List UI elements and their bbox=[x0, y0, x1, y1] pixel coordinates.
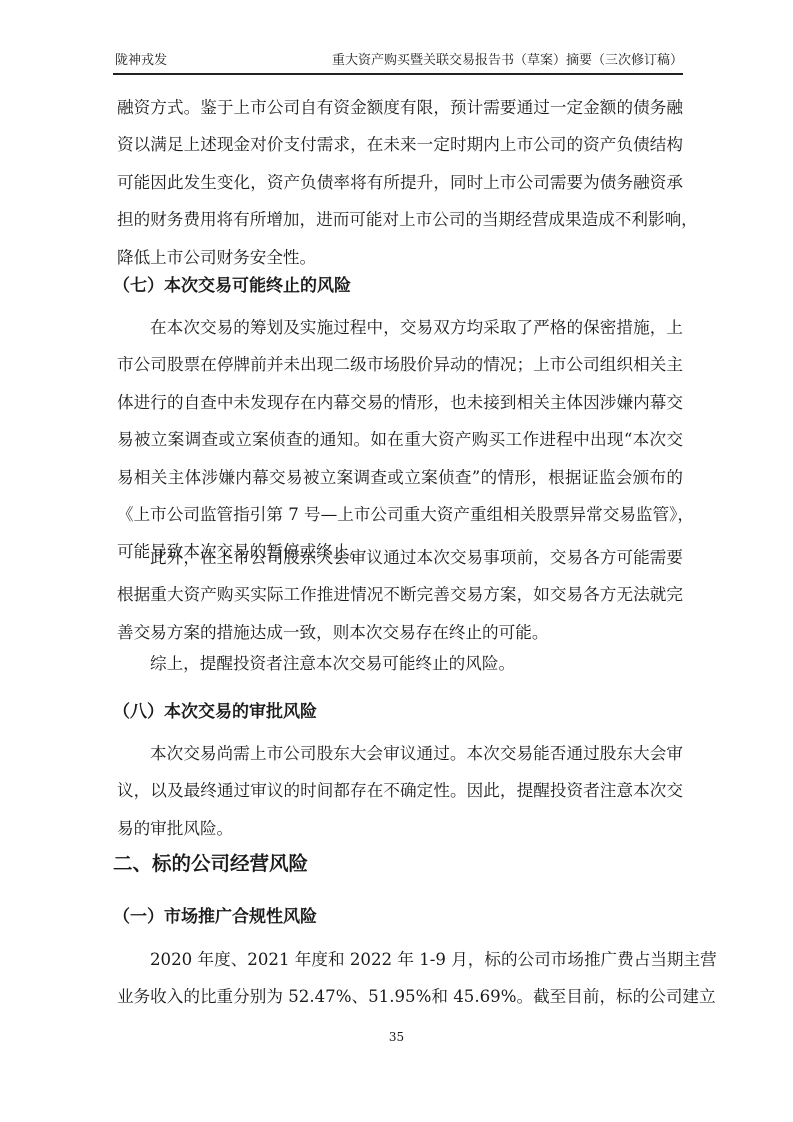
text-line: 体进行的自查中未发现存在内幕交易的情形，也未接到相关主体因涉嫌内幕交 bbox=[117, 384, 683, 421]
heading-text: 二、标的公司经营风险 bbox=[113, 850, 679, 878]
heading-text: （一）市场推广合规性风险 bbox=[113, 905, 679, 929]
paragraph-termination-summary: 综上，提醒投资者注意本次交易可能终止的风险。 bbox=[117, 645, 683, 682]
text-line: 议，以及最终通过审议的时间都存在不确定性。因此，提醒投资者注意本次交 bbox=[117, 772, 683, 809]
page-number: 35 bbox=[0, 1030, 793, 1044]
paragraph-financing: 融资方式。鉴于上市公司自有资金额度有限，预计需要通过一定金额的债务融 资以满足上… bbox=[117, 89, 683, 276]
heading-text: （八）本次交易的审批风险 bbox=[113, 700, 679, 724]
text-line: 本次交易尚需上市公司股东大会审议通过。本次交易能否通过股东大会审 bbox=[117, 735, 683, 772]
text-line: 根据重大资产购买实际工作推进情况不断完善交易方案，如交易各方无法就完 bbox=[117, 576, 683, 613]
text-line: 综上，提醒投资者注意本次交易可能终止的风险。 bbox=[117, 645, 683, 682]
text-line: 降低上市公司财务安全性。 bbox=[117, 239, 683, 276]
text-line: 易的审批风险。 bbox=[117, 810, 683, 847]
paragraph-termination-1: 在本次交易的筹划及实施过程中，交易双方均采取了严格的保密措施，上 市公司股票在停… bbox=[117, 309, 683, 571]
paragraph-approval: 本次交易尚需上市公司股东大会审议通过。本次交易能否通过股东大会审 议，以及最终通… bbox=[117, 735, 683, 847]
text-line: 可能因此发生变化，资产负债率将有所提升，同时上市公司需要为债务融资承 bbox=[117, 164, 683, 201]
text-line: 融资方式。鉴于上市公司自有资金额度有限，预计需要通过一定金额的债务融 bbox=[117, 89, 683, 126]
paragraph-marketing-expenses: 2020 年度、2021 年度和 2022 年 1-9 月，标的公司市场推广费占… bbox=[117, 941, 683, 1016]
text-line: 易相关主体涉嫌内幕交易被立案调查或立案侦查”的情形，根据证监会颁布的 bbox=[117, 459, 683, 496]
header-company-name: 陇神戎发 bbox=[115, 51, 167, 71]
chapter-heading-operating-risk: 二、标的公司经营风险 bbox=[113, 850, 679, 878]
header-document-title: 重大资产购买暨关联交易报告书（草案）摘要（三次修订稿） bbox=[332, 51, 683, 71]
text-line: 市公司股票在停牌前并未出现二级市场股价异动的情况；上市公司组织相关主 bbox=[117, 346, 683, 383]
text-line: 资以满足上述现金对价支付需求，在未来一定时期内上市公司的资产负债结构 bbox=[117, 126, 683, 163]
text-line: 此外，在上市公司股东大会审议通过本次交易事项前，交易各方可能需要 bbox=[117, 539, 683, 576]
text-line: 担的财务费用将有所增加，进而可能对上市公司的当期经营成果造成不利影响， bbox=[117, 201, 683, 238]
text-line: 《上市公司监管指引第 7 号—上市公司重大资产重组相关股票异常交易监管》， bbox=[117, 496, 683, 533]
paragraph-termination-2: 此外，在上市公司股东大会审议通过本次交易事项前，交易各方可能需要 根据重大资产购… bbox=[117, 539, 683, 651]
text-line: 2020 年度、2021 年度和 2022 年 1-9 月，标的公司市场推广费占… bbox=[117, 941, 683, 978]
section-heading-termination-risk: （七）本次交易可能终止的风险 bbox=[113, 274, 679, 298]
text-line: 易被立案调查或立案侦查的通知。如在重大资产购买工作进程中出现“本次交 bbox=[117, 421, 683, 458]
heading-text: （七）本次交易可能终止的风险 bbox=[113, 274, 679, 298]
text-line: 在本次交易的筹划及实施过程中，交易双方均采取了严格的保密措施，上 bbox=[117, 309, 683, 346]
section-heading-approval-risk: （八）本次交易的审批风险 bbox=[113, 700, 679, 724]
section-heading-marketing-compliance-risk: （一）市场推广合规性风险 bbox=[113, 905, 679, 929]
text-line: 业务收入的比重分别为 52.47%、51.95%和 45.69%。截至目前，标的… bbox=[117, 978, 683, 1015]
page-header: 陇神戎发 重大资产购买暨关联交易报告书（草案）摘要（三次修订稿） bbox=[113, 51, 683, 75]
